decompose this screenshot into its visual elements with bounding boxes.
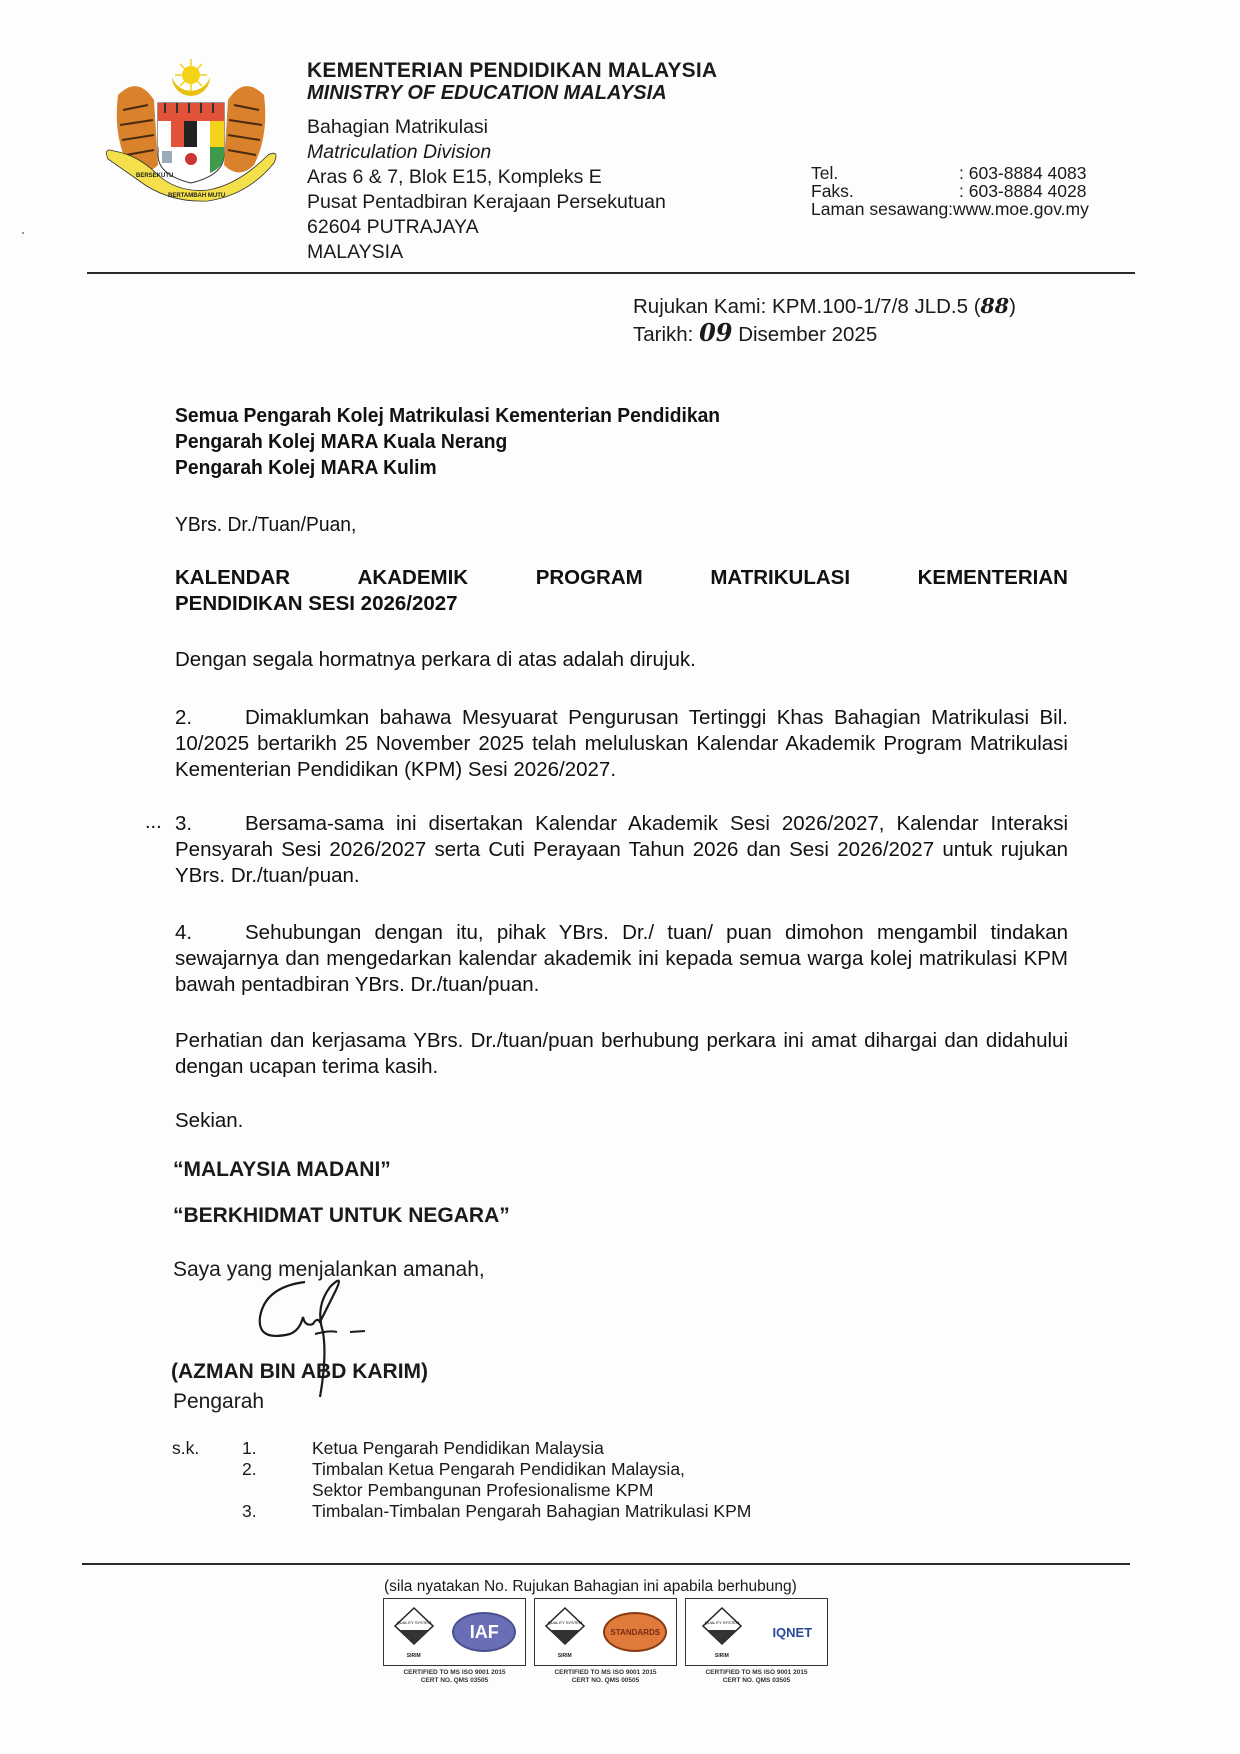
slogan-malaysia-madani: “MALAYSIA MADANI” bbox=[173, 1158, 391, 1182]
iqnet-logo-icon: IQNET bbox=[772, 1625, 812, 1640]
division-name-malay: Bahagian Matrikulasi bbox=[307, 115, 666, 140]
slogan-berkhidmat: “BERKHIDMAT UNTUK NEGARA” bbox=[173, 1204, 510, 1228]
signer-title: Pengarah bbox=[173, 1390, 264, 1414]
addressee: Semua Pengarah Kolej Matrikulasi Kemente… bbox=[175, 403, 720, 429]
cc-item: 2.Timbalan Ketua Pengarah Pendidikan Mal… bbox=[172, 1459, 751, 1480]
cert-iqnet: QUALITY SYSTEM SIRIM IQNET CERTIFIED TO … bbox=[685, 1598, 828, 1685]
sirim-quality-icon: QUALITY SYSTEM bbox=[393, 1606, 435, 1648]
ministry-name-english: MINISTRY OF EDUCATION MALAYSIA bbox=[307, 83, 717, 103]
subject-heading: KALENDAR AKADEMIK PROGRAM MATRIKULASI KE… bbox=[175, 565, 1068, 617]
address-line: 62604 PUTRAJAYA bbox=[307, 215, 666, 240]
contact-fax: Faks.: 603-8884 4028 bbox=[811, 182, 1089, 200]
footer-divider bbox=[82, 1563, 1130, 1565]
scan-speck bbox=[22, 232, 24, 234]
paragraph-4: 4.Sehubungan dengan itu, pihak YBrs. Dr.… bbox=[175, 920, 1068, 998]
addressee: Pengarah Kolej MARA Kulim bbox=[175, 455, 720, 481]
svg-text:BERSEKUTU: BERSEKUTU bbox=[136, 173, 173, 179]
sirim-quality-icon: QUALITY SYSTEM bbox=[701, 1606, 743, 1648]
addressees: Semua Pengarah Kolej Matrikulasi Kemente… bbox=[175, 403, 720, 481]
svg-text:QUALITY SYSTEM: QUALITY SYSTEM bbox=[396, 1620, 431, 1625]
svg-text:QUALITY SYSTEM: QUALITY SYSTEM bbox=[547, 1620, 582, 1625]
cc-list: s.k.1.Ketua Pengarah Pendidikan Malaysia… bbox=[172, 1438, 751, 1522]
cc-item: s.k.1.Ketua Pengarah Pendidikan Malaysia bbox=[172, 1438, 751, 1459]
paragraph-3-marker: ... bbox=[145, 811, 162, 834]
sirim-quality-icon: QUALITY SYSTEM bbox=[544, 1606, 586, 1648]
address-line: Pusat Pentadbiran Kerajaan Persekutuan bbox=[307, 190, 666, 215]
paragraph-5: Perhatian dan kerjasama YBrs. Dr./tuan/p… bbox=[175, 1028, 1068, 1080]
svg-text:BERTAMBAH MUTU: BERTAMBAH MUTU bbox=[168, 193, 225, 199]
cc-item: 3.Timbalan-Timbalan Pengarah Bahagian Ma… bbox=[172, 1501, 751, 1522]
letter-date: Tarikh: 09 Disember 2025 bbox=[633, 320, 1016, 348]
salutation: YBrs. Dr./Tuan/Puan, bbox=[175, 512, 356, 538]
contact-info: Tel.: 603-8884 4083 Faks.: 603-8884 4028… bbox=[811, 164, 1089, 218]
certification-logos: QUALITY SYSTEM SIRIM IAF CERTIFIED TO MS… bbox=[383, 1598, 828, 1685]
footer-note: (sila nyatakan No. Rujukan Bahagian ini … bbox=[384, 1578, 797, 1596]
reference-block: Rujukan Kami: KPM.100-1/7/8 JLD.5 (88) T… bbox=[633, 293, 1016, 348]
handwritten-ref-number: 88 bbox=[981, 294, 1010, 318]
iaf-logo-icon: IAF bbox=[452, 1612, 516, 1652]
ministry-name: KEMENTERIAN PENDIDIKAN MALAYSIA MINISTRY… bbox=[307, 60, 717, 103]
ministry-name-malay: KEMENTERIAN PENDIDIKAN MALAYSIA bbox=[307, 60, 717, 81]
paragraph-1: Dengan segala hormatnya perkara di atas … bbox=[175, 647, 1068, 673]
paragraph-3: 3.Bersama-sama ini disertakan Kalendar A… bbox=[175, 811, 1068, 889]
cert-standards-malaysia: QUALITY SYSTEM SIRIM STANDARDS CERTIFIED… bbox=[534, 1598, 677, 1685]
reference-number: Rujukan Kami: KPM.100-1/7/8 JLD.5 (88) bbox=[633, 293, 1016, 320]
address-line: Aras 6 & 7, Blok E15, Kompleks E bbox=[307, 165, 666, 190]
cert-iaf: QUALITY SYSTEM SIRIM IAF CERTIFIED TO MS… bbox=[383, 1598, 526, 1685]
address-line: MALAYSIA bbox=[307, 240, 666, 265]
paragraph-2: 2.Dimaklumkan bahawa Mesyuarat Pengurusa… bbox=[175, 705, 1068, 783]
standards-malaysia-logo-icon: STANDARDS bbox=[603, 1612, 667, 1652]
paragraph-closing: Sekian. bbox=[175, 1108, 1068, 1134]
svg-text:QUALITY SYSTEM: QUALITY SYSTEM bbox=[705, 1620, 740, 1625]
division-address: Bahagian Matrikulasi Matriculation Divis… bbox=[307, 115, 666, 265]
contact-website: Laman sesawang: www.moe.gov.my bbox=[811, 200, 1089, 218]
header-divider bbox=[87, 272, 1135, 274]
signer-name: (AZMAN BIN ABD KARIM) bbox=[171, 1360, 428, 1384]
contact-phone: Tel.: 603-8884 4083 bbox=[811, 164, 1089, 182]
coat-of-arms-icon: BERSEKUTU BERTAMBAH MUTU bbox=[98, 55, 284, 205]
handwritten-day: 09 bbox=[699, 318, 732, 347]
addressee: Pengarah Kolej MARA Kuala Nerang bbox=[175, 429, 720, 455]
division-name-english: Matriculation Division bbox=[307, 140, 666, 165]
